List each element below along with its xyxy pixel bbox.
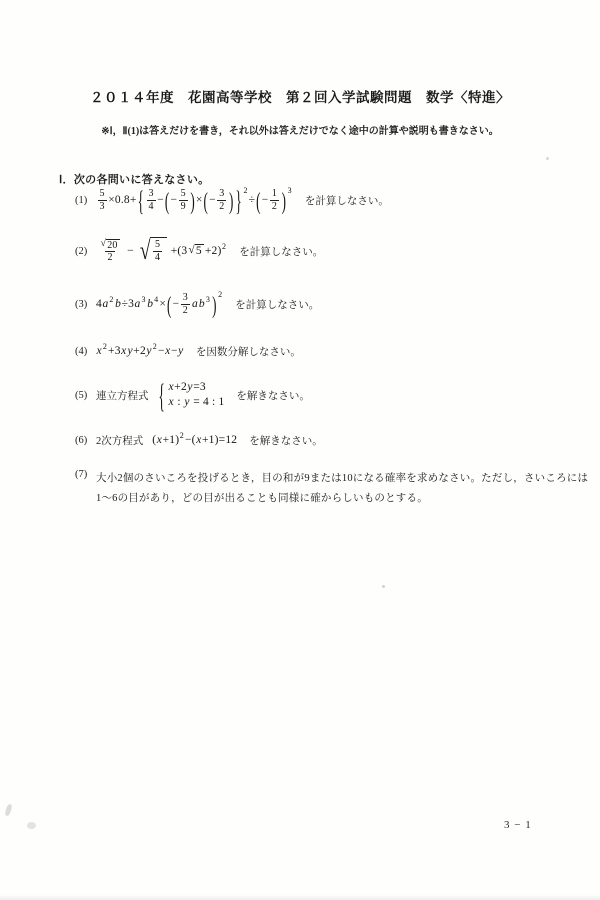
problem-row: (1)53×0.8+{34−(−59)×(−32)}2÷(−12)3を計算しなさ… bbox=[75, 184, 389, 216]
math-bracket: ) bbox=[211, 292, 218, 317]
problem-number: (4) bbox=[75, 346, 92, 357]
scan-artifact bbox=[4, 804, 12, 817]
math-superscript: 2 bbox=[103, 343, 107, 351]
math-bracket: { bbox=[158, 378, 166, 412]
math-text: −(x+1)=12 bbox=[185, 434, 237, 447]
scan-artifact bbox=[546, 157, 549, 160]
math-superscript: 3 bbox=[288, 187, 292, 195]
math-superscript: 2 bbox=[180, 432, 184, 440]
problem-formula: √202 − √54 +(3√5+2)2 bbox=[96, 237, 227, 265]
problem-row: (4)x2+3xy+2y2−x−yを因数分解しなさい。 bbox=[75, 341, 301, 361]
problem-row: (2)√202 − √54 +(3√5+2)2を計算しなさい。 bbox=[75, 234, 323, 268]
math-fraction: 59 bbox=[179, 188, 188, 213]
problem-label: 2次方程式 bbox=[96, 433, 143, 448]
fraction-numerator: 3 bbox=[217, 188, 226, 200]
math-text: +(3 bbox=[168, 245, 188, 258]
math-bracket: ) bbox=[281, 188, 288, 213]
math-text: − bbox=[157, 194, 164, 207]
problem-instruction: を計算しなさい。 bbox=[239, 244, 323, 259]
math-bracket: ( bbox=[255, 188, 262, 213]
fraction-numerator: √20 bbox=[98, 239, 123, 251]
math-text: − bbox=[209, 194, 216, 207]
math-superscript: 2 bbox=[222, 243, 226, 251]
page-number: 3 − 1 bbox=[504, 819, 532, 831]
math-text: 20 bbox=[107, 240, 117, 251]
math-bracket: } bbox=[235, 186, 243, 215]
math-fraction: 53 bbox=[98, 188, 107, 213]
problem-number: (6) bbox=[75, 435, 92, 446]
problem-number: (1) bbox=[75, 195, 92, 206]
fraction-numerator: 1 bbox=[270, 188, 279, 200]
math-text: b÷3a bbox=[115, 298, 141, 311]
problem-text-line: 1〜6の目があり，どの目が出ることも同様に確からしいものとする。 bbox=[96, 489, 588, 509]
problem-instruction: を解きなさい。 bbox=[249, 433, 323, 448]
fraction-denominator: 2 bbox=[217, 200, 226, 213]
radical-sign-icon: √ bbox=[140, 239, 151, 263]
scan-artifact bbox=[382, 585, 385, 588]
math-superscript: 3 bbox=[206, 296, 210, 304]
fraction-numerator: 3 bbox=[181, 292, 190, 304]
problem-formula: 4a2b÷3a3b4×(−32ab3)2 bbox=[96, 292, 223, 317]
fraction-denominator: 4 bbox=[153, 251, 162, 264]
math-text: b bbox=[147, 298, 154, 311]
math-fraction: 54 bbox=[153, 239, 162, 264]
math-superscript: 4 bbox=[154, 296, 158, 304]
problem-number: (3) bbox=[75, 299, 92, 310]
problem-formula: x2+3xy+2y2−x−y bbox=[96, 345, 184, 358]
math-text: +3xy+2y bbox=[108, 345, 152, 358]
math-bracket: ( bbox=[164, 188, 171, 213]
page-title: ２０１４年度 花園高等学校 第２回入学試験問題 数学〈特進〉 bbox=[0, 86, 600, 106]
math-fraction: 12 bbox=[270, 188, 279, 213]
fraction-denominator: 4 bbox=[147, 200, 156, 213]
scan-edge-shadow bbox=[0, 895, 600, 900]
fraction-numerator: 5 bbox=[98, 188, 107, 200]
math-text: − bbox=[262, 194, 269, 207]
problem-number: (7) bbox=[75, 469, 92, 480]
stack-row: x : y = 4 : 1 bbox=[168, 395, 224, 410]
math-radical: √54 bbox=[138, 237, 167, 265]
math-text: − bbox=[124, 245, 137, 258]
math-superscript: 3 bbox=[141, 296, 145, 304]
math-text: x bbox=[96, 345, 102, 358]
problem-row: (6)2次方程式(x+1)2−(x+1)=12を解きなさい。 bbox=[75, 430, 323, 450]
math-text: × bbox=[159, 298, 166, 311]
math-fraction: 34 bbox=[147, 188, 156, 213]
exam-page: ２０１４年度 花園高等学校 第２回入学試験問題 数学〈特進〉 ※Ⅰ，Ⅱ(1)は答… bbox=[0, 0, 600, 900]
math-bracket: ( bbox=[166, 292, 173, 317]
stack-row: x+2y=3 bbox=[168, 380, 224, 395]
math-text: x : y = 4 : 1 bbox=[168, 396, 224, 409]
fraction-denominator: 9 bbox=[179, 200, 188, 213]
math-superscript: 2 bbox=[109, 296, 113, 304]
problem-formula: {x+2y=3x : y = 4 : 1 bbox=[158, 380, 225, 410]
problem-formula: 53×0.8+{34−(−59)×(−32)}2÷(−12)3 bbox=[96, 188, 293, 213]
math-text: 4a bbox=[96, 298, 109, 311]
math-fraction: 32 bbox=[181, 292, 190, 317]
math-radical: √20 bbox=[101, 239, 120, 251]
math-text: ×0.8+ bbox=[108, 194, 136, 207]
math-bracket: ) bbox=[189, 188, 196, 213]
math-text: +2) bbox=[205, 245, 222, 258]
math-fraction: 32 bbox=[217, 188, 226, 213]
math-text: − bbox=[170, 194, 177, 207]
fraction-numerator: 5 bbox=[153, 239, 162, 251]
problem-row: (3)4a2b÷3a3b4×(−32ab3)2を計算しなさい。 bbox=[75, 288, 319, 320]
scan-artifact bbox=[27, 822, 36, 829]
problem-label: 連立方程式 bbox=[96, 388, 149, 403]
fraction-denominator: 2 bbox=[270, 200, 279, 213]
problem-row: (7)大小2個のさいころを投げるとき，目の和が9または10になる確率を求めなさい… bbox=[75, 469, 588, 509]
radical-content: 54 bbox=[150, 237, 166, 265]
radical-content: 5 bbox=[195, 244, 204, 258]
math-superscript: 2 bbox=[243, 187, 247, 195]
math-bracket: ( bbox=[203, 188, 210, 213]
instructions-note: ※Ⅰ，Ⅱ(1)は答えだけを書き，それ以外は答えだけでなく途中の計算や説明も書きな… bbox=[0, 122, 600, 137]
problem-text-line: 大小2個のさいころを投げるとき，目の和が9または10になる確率を求めなさい。ただ… bbox=[96, 469, 588, 489]
fraction-denominator: 3 bbox=[98, 200, 107, 213]
math-text: 5 bbox=[196, 245, 202, 258]
radical-content: 20 bbox=[106, 239, 119, 251]
problem-instruction: を計算しなさい。 bbox=[305, 193, 389, 208]
math-text: ab bbox=[191, 298, 205, 311]
math-fraction: √202 bbox=[98, 239, 123, 264]
problem-number: (2) bbox=[75, 246, 92, 257]
math-text: − bbox=[173, 298, 180, 311]
math-equation-stack: x+2y=3x : y = 4 : 1 bbox=[168, 380, 224, 410]
math-superscript: 2 bbox=[218, 291, 222, 299]
problem-instruction: を計算しなさい。 bbox=[235, 297, 319, 312]
math-text: x+2y=3 bbox=[168, 381, 206, 394]
fraction-numerator: 3 bbox=[147, 188, 156, 200]
problem-text: 大小2個のさいころを投げるとき，目の和が9または10になる確率を求めなさい。ただ… bbox=[96, 469, 588, 509]
problem-row: (5)連立方程式{x+2y=3x : y = 4 : 1を解きなさい。 bbox=[75, 377, 310, 413]
math-radical: √5 bbox=[188, 244, 203, 258]
fraction-numerator: 5 bbox=[179, 188, 188, 200]
problem-instruction: を因数分解しなさい。 bbox=[196, 344, 301, 359]
fraction-denominator: 2 bbox=[105, 251, 114, 264]
fraction-denominator: 2 bbox=[181, 304, 190, 317]
problem-number: (5) bbox=[75, 390, 92, 401]
problem-instruction: を解きなさい。 bbox=[236, 388, 310, 403]
math-text: −x−y bbox=[158, 345, 184, 358]
math-text: × bbox=[196, 194, 203, 207]
math-superscript: 2 bbox=[153, 343, 157, 351]
math-text: (x+1) bbox=[152, 434, 179, 447]
problem-formula: (x+1)2−(x+1)=12 bbox=[152, 434, 237, 447]
math-bracket: { bbox=[137, 186, 145, 215]
